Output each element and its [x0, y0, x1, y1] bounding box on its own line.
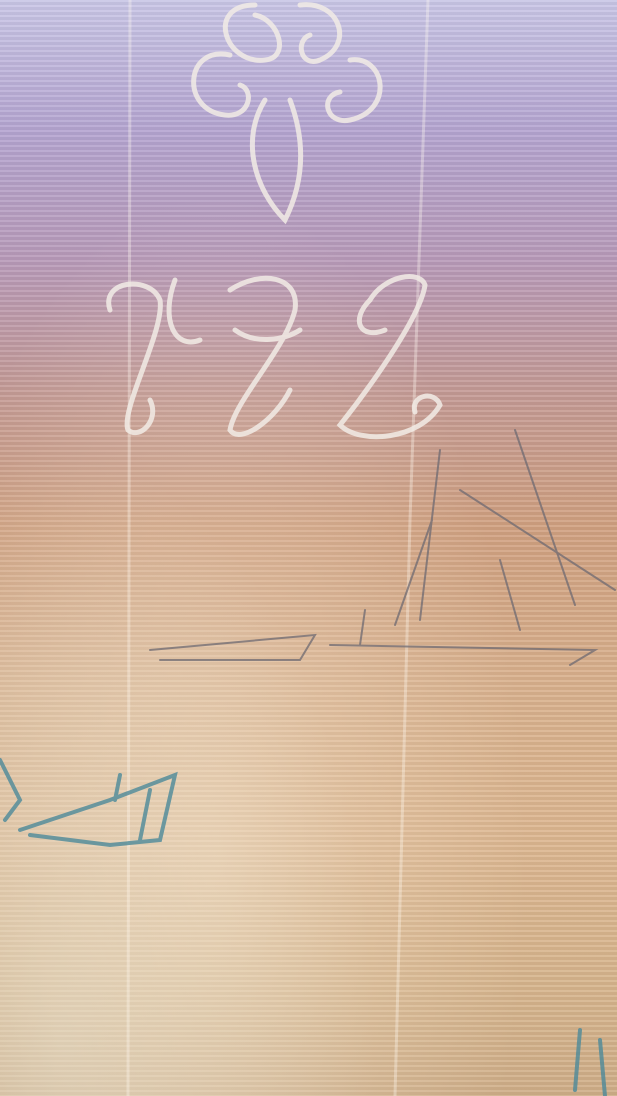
boat-sketch	[0, 760, 605, 1096]
watermark-monogram	[109, 277, 440, 437]
sketch-layer	[0, 0, 617, 1096]
ship-sketch	[150, 430, 615, 665]
chain-lines	[128, 0, 428, 1096]
watermark-ornament	[194, 5, 380, 220]
paper-photo	[0, 0, 617, 1096]
